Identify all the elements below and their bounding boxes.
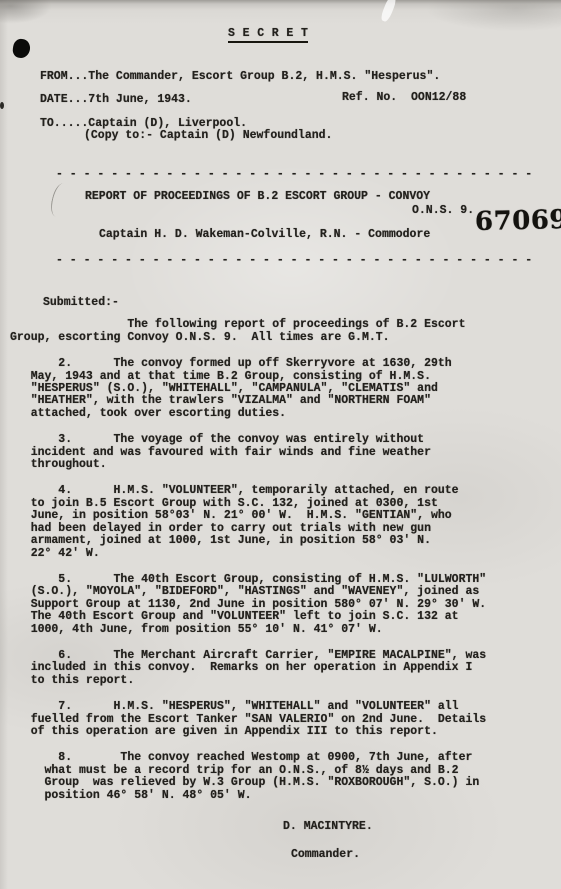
from-line: FROM...The Commander, Escort Group B.2, … — [40, 71, 440, 83]
submitted-label: Submitted:- — [10, 297, 486, 309]
classification-heading: S E C R E T — [228, 28, 308, 43]
report-paragraph: 4. H.M.S. "VOLUNTEER", temporarily attac… — [10, 485, 486, 559]
edge-speck-mark — [0, 102, 4, 109]
signature-rank: Commander. — [291, 849, 360, 861]
date-line: DATE...7th June, 1943. — [40, 94, 192, 106]
dashed-rule-top: - - - - - - - - - - - - - - - - - - - - … — [56, 169, 532, 181]
document-page: S E C R E T FROM...The Commander, Escort… — [0, 0, 561, 889]
scratch-mark — [379, 0, 397, 23]
copy-line: (Copy to:- Captain (D) Newfoundland. — [84, 130, 332, 142]
report-paragraph: The following report of proceedings of B… — [10, 319, 486, 344]
report-body: Submitted:- The following report of proc… — [10, 297, 486, 816]
paragraphs: The following report of proceedings of B… — [10, 319, 486, 802]
ref-number: Ref. No. OON12/88 — [342, 92, 466, 104]
report-paragraph: 6. The Merchant Aircraft Carrier, "EMPIR… — [10, 650, 486, 687]
convoy-number: O.N.S. 9. — [412, 205, 474, 217]
report-paragraph: 8. The convoy reached Westomp at 0900, 7… — [10, 752, 486, 802]
ink-blot-mark — [12, 38, 31, 59]
commodore-line: Captain H. D. Wakeman-Colville, R.N. - C… — [99, 229, 430, 241]
report-paragraph: 3. The voyage of the convoy was entirely… — [10, 434, 486, 471]
report-title: REPORT OF PROCEEDINGS OF B.2 ESCORT GROU… — [85, 191, 430, 203]
signature-name: D. MACINTYRE. — [283, 821, 373, 833]
report-paragraph: 7. H.M.S. "HESPERUS", "WHITEHALL" and "V… — [10, 701, 486, 738]
report-paragraph: 2. The convoy formed up off Skerryvore a… — [10, 358, 486, 420]
report-paragraph: 5. The 40th Escort Group, consisting of … — [10, 574, 486, 636]
dashed-rule-bottom: - - - - - - - - - - - - - - - - - - - - … — [56, 255, 532, 267]
serial-number-stamp: 67069 — [475, 205, 561, 237]
pencil-mark — [48, 182, 71, 219]
